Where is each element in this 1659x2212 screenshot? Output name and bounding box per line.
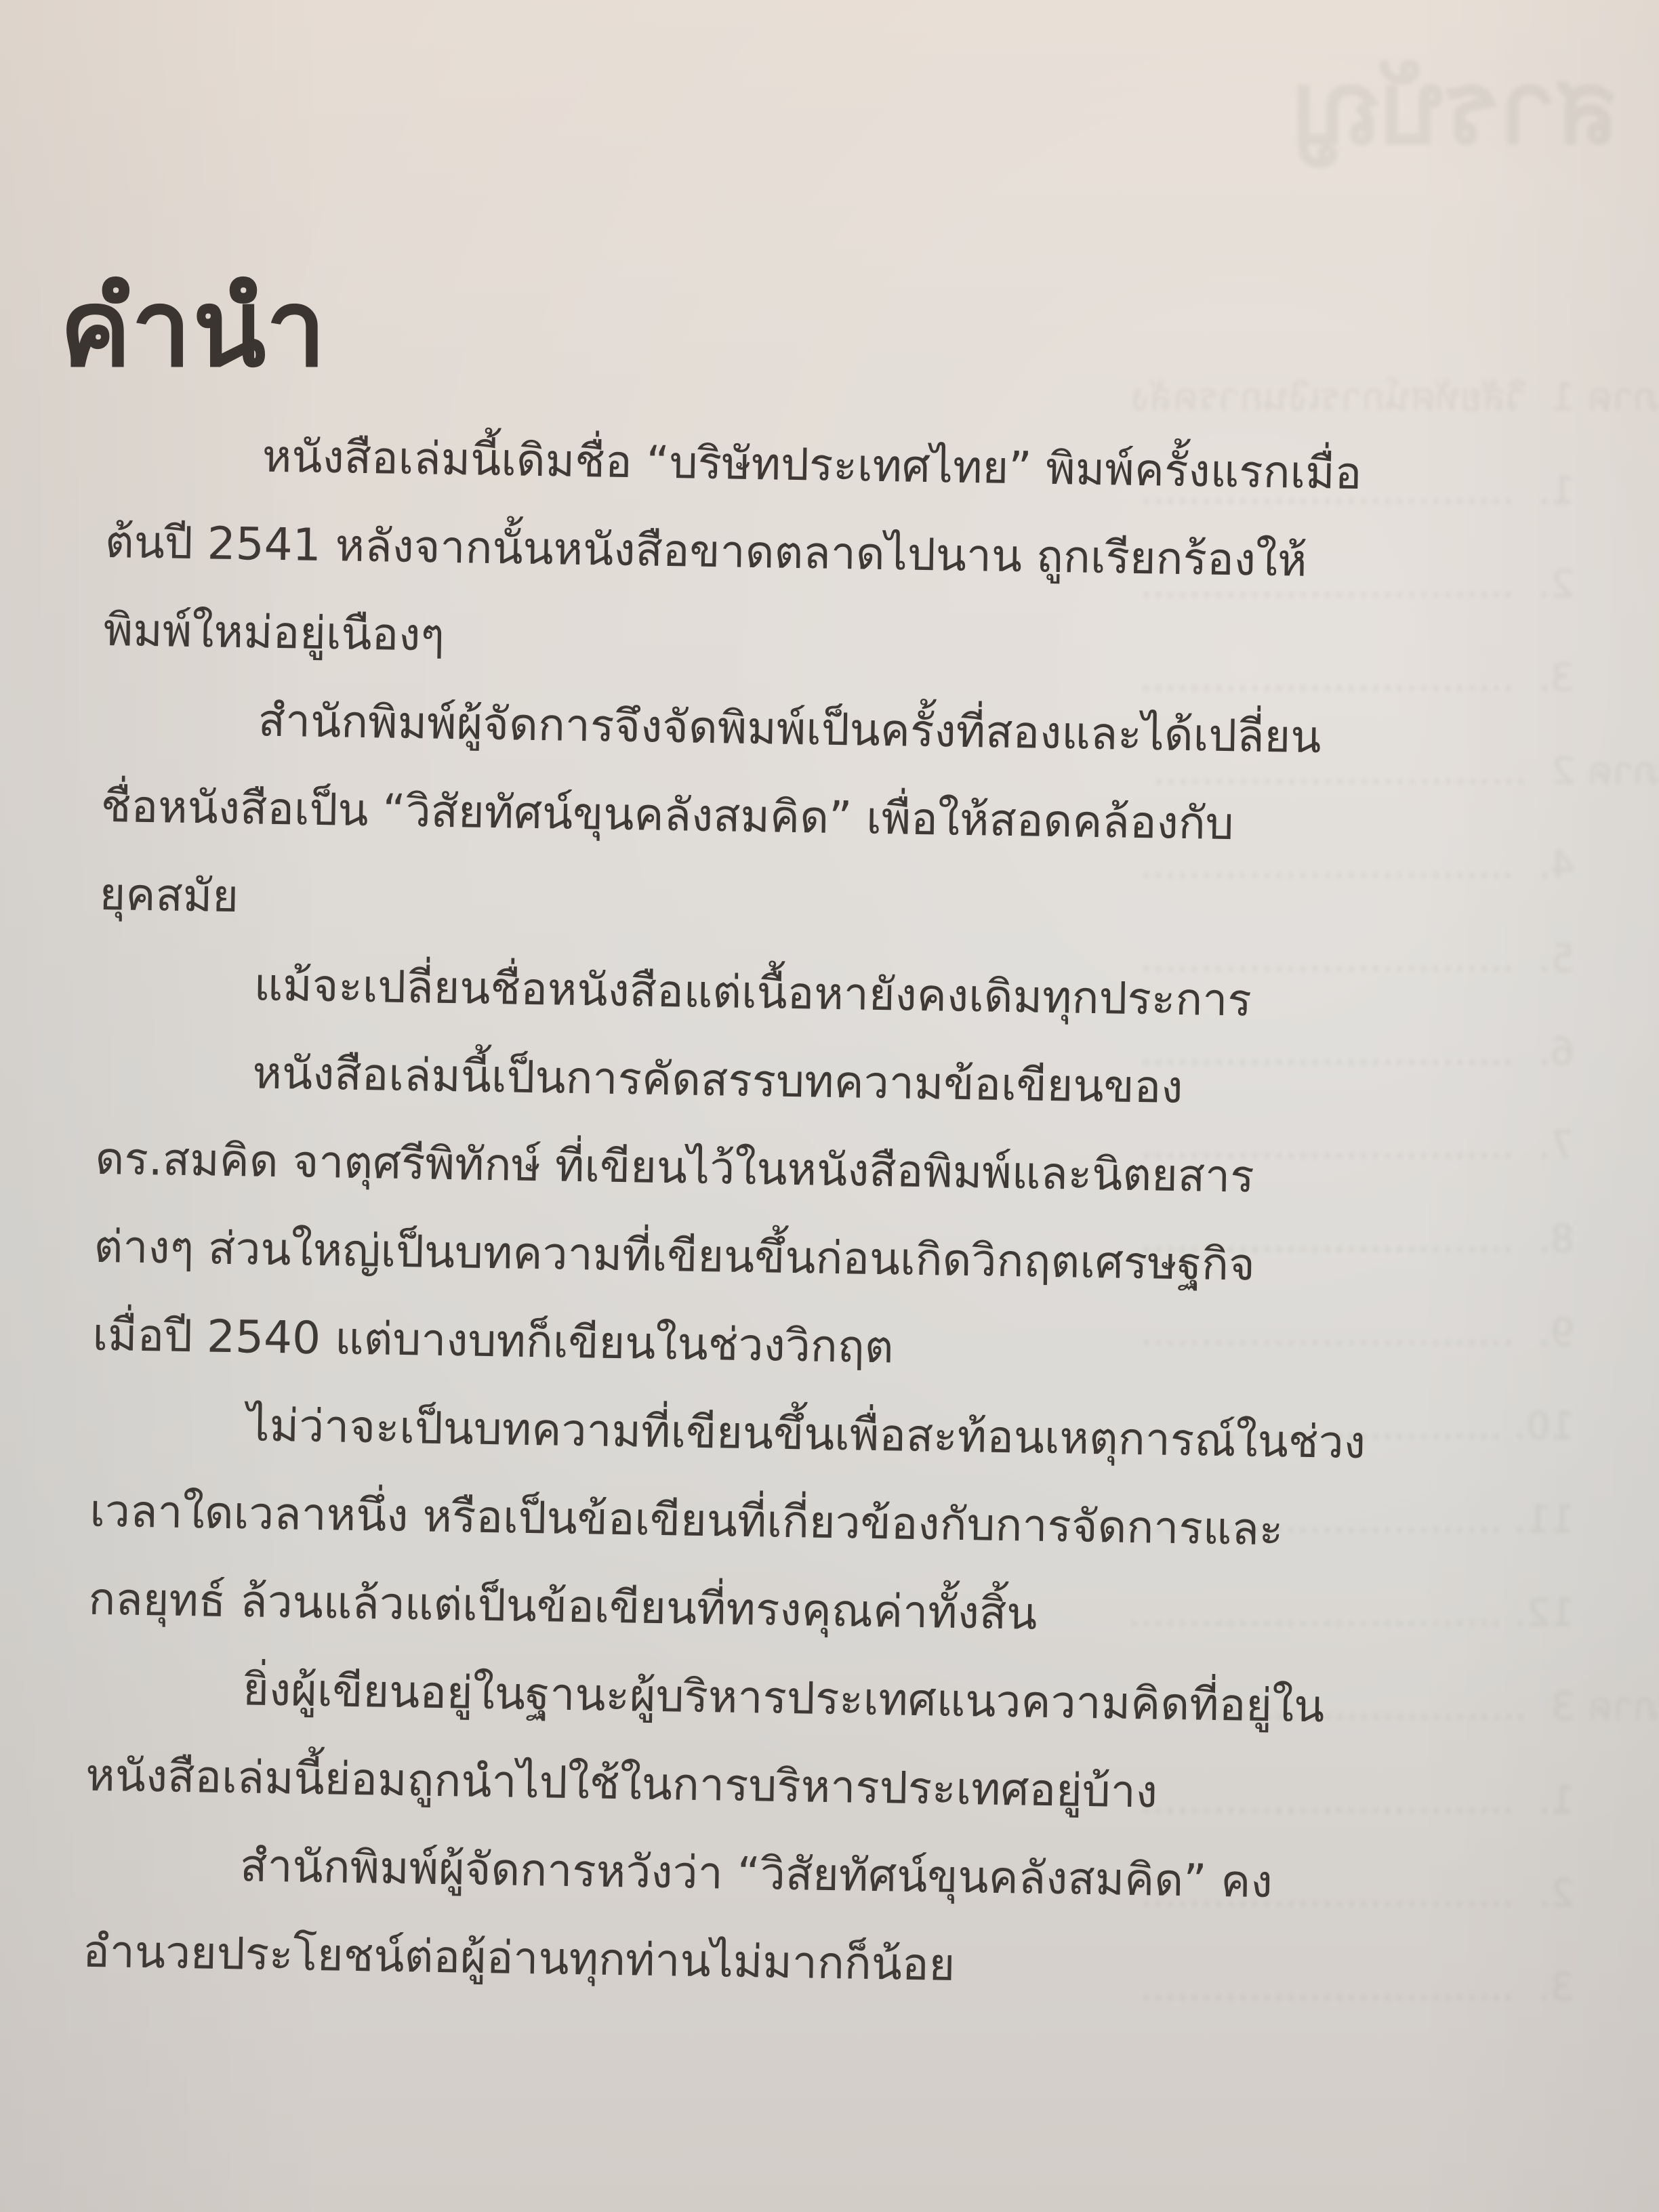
preface-body: หนังสือเล่มนี้เดิมชื่อ “บริษัทประเทศไทย”…: [82, 410, 1597, 2019]
bleed-through-title: สารบัญ: [1294, 27, 1618, 188]
paragraph-7: สำนักพิมพ์ผู้จัดการหวังว่า “วิสัยทัศน์ขุ…: [82, 1820, 1576, 2020]
paragraph-6: ยิ่งผู้เขียนอยู่ในฐานะผู้บริหารประเทศแนว…: [85, 1643, 1578, 1843]
paragraph-1: หนังสือเล่มนี้เดิมชื่อ “บริษัทประเทศไทย”…: [103, 410, 1598, 698]
paragraph-2: สำนักพิมพ์ผู้จัดการจึงจัดพิมพ์เป็นครั้งท…: [99, 674, 1594, 962]
paragraph-4: หนังสือเล่มนี้เป็นการคัดสรรบทความข้อเขีย…: [92, 1027, 1589, 1402]
page-title: คำนำ: [60, 275, 327, 382]
paragraph-5: ไม่ว่าจะเป็นบทความที่เขียนขึ้นเพื่อสะท้อ…: [87, 1379, 1582, 1667]
